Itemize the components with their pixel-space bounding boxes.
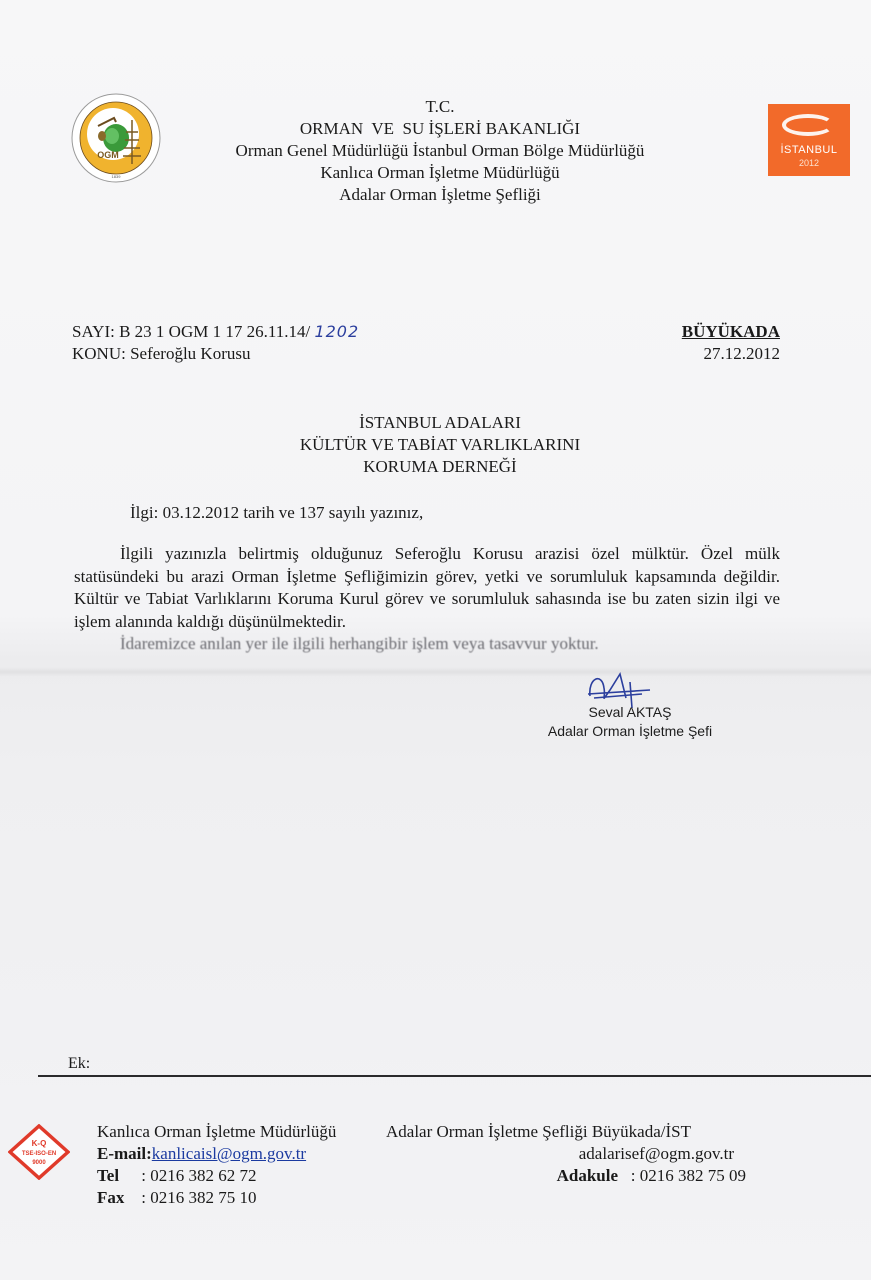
footer-email-line: E-mail:kanlicaisl@ogm.gov.tr [97,1143,336,1165]
svg-text:OGM: OGM [97,150,119,160]
letter-page: OGM 1839 İSTANBUL 2012 T.C. ORMAN VE SU … [0,0,871,1280]
place-date-block: BÜYÜKADA 27.12.2012 [640,321,780,365]
svg-text:9000: 9000 [32,1160,46,1166]
svg-text:K-Q: K-Q [32,1139,47,1148]
reference-block: SAYI: B 23 1 OGM 1 17 26.11.14/ 1202 KON… [72,321,359,365]
recipient-line: KORUMA DERNEĞİ [230,456,650,478]
adakule-label: Adakule [557,1166,618,1185]
fax-value: : 0216 382 75 10 [141,1188,256,1207]
footer-office-left: Kanlıca Orman İşletme Müdürlüğü [97,1121,336,1143]
fax-label: Fax [97,1187,137,1209]
ogm-emblem-icon: OGM 1839 [70,92,162,184]
letterhead: T.C. ORMAN VE SU İŞLERİ BAKANLIĞI Orman … [180,96,700,206]
istanbul-logo-word: İSTANBUL [768,144,850,156]
letterhead-line: T.C. [180,96,700,118]
footer-fax-line: Fax : 0216 382 75 10 [97,1187,336,1209]
signer-block: Seval AKTAŞ Adalar Orman İşletme Şefi [520,703,740,741]
date: 27.12.2012 [640,343,780,365]
body-paragraph-1: İlgili yazınızla belirtmiş olduğunuz Sef… [74,543,780,633]
istanbul-2012-logo-icon: İSTANBUL 2012 [768,104,850,176]
istanbul-logo-year: 2012 [768,158,850,168]
ilgi-reference: İlgi: 03.12.2012 tarih ve 137 sayılı yaz… [130,503,423,523]
signer-title: Adalar Orman İşletme Şefi [520,722,740,741]
tel-value: : 0216 382 62 72 [141,1166,256,1185]
letterhead-line: Adalar Orman İşletme Şefliği [180,184,700,206]
sayi-number: SAYI: B 23 1 OGM 1 17 26.11.14/ [72,322,314,341]
recipient-line: KÜLTÜR VE TABİAT VARLIKLARINI [230,434,650,456]
signer-name: Seval AKTAŞ [520,703,740,722]
letterhead-line: Orman Genel Müdürlüğü İstanbul Orman Böl… [180,140,700,162]
sayi-line: SAYI: B 23 1 OGM 1 17 26.11.14/ 1202 [72,321,359,343]
recipient-block: İSTANBUL ADALARI KÜLTÜR VE TABİAT VARLIK… [230,412,650,478]
tel-label: Tel [97,1165,137,1187]
footer-adakule-line: Adakule : 0216 382 75 09 [386,1165,746,1187]
email-label: E-mail: [97,1144,152,1163]
svg-text:1839: 1839 [112,174,122,179]
kq-tse-iso-en-9000-icon: K-Q TSE-ISO-EN 9000 [8,1124,70,1180]
place: BÜYÜKADA [640,321,780,343]
footer-contact-right: Adalar Orman İşletme Şefliği Büyükada/İS… [386,1121,746,1187]
footer-office-right: Adalar Orman İşletme Şefliği Büyükada/İS… [386,1121,746,1143]
adakule-value: : 0216 382 75 09 [631,1166,746,1185]
body-paragraph-2: İdaremizce anılan yer ile ilgili herhang… [74,633,780,656]
recipient-line: İSTANBUL ADALARI [230,412,650,434]
footer-divider [38,1075,871,1077]
letterhead-line: Kanlıca Orman İşletme Müdürlüğü [180,162,700,184]
svg-text:TSE-ISO-EN: TSE-ISO-EN [22,1151,56,1157]
letter-body: İlgili yazınızla belirtmiş olduğunuz Sef… [74,543,780,656]
letterhead-line: ORMAN VE SU İŞLERİ BAKANLIĞI [180,118,700,140]
paper-fold-crease [0,667,871,677]
footer-contact-left: Kanlıca Orman İşletme Müdürlüğü E-mail:k… [97,1121,336,1209]
email-link[interactable]: kanlicaisl@ogm.gov.tr [152,1144,306,1163]
konu-line: KONU: Seferoğlu Korusu [72,343,359,365]
footer-email-right: adalarisef@ogm.gov.tr [386,1143,746,1165]
handwritten-number: 1202 [314,322,359,341]
attachment-label: Ek: [68,1055,90,1073]
footer-tel-line: Tel : 0216 382 62 72 [97,1165,336,1187]
